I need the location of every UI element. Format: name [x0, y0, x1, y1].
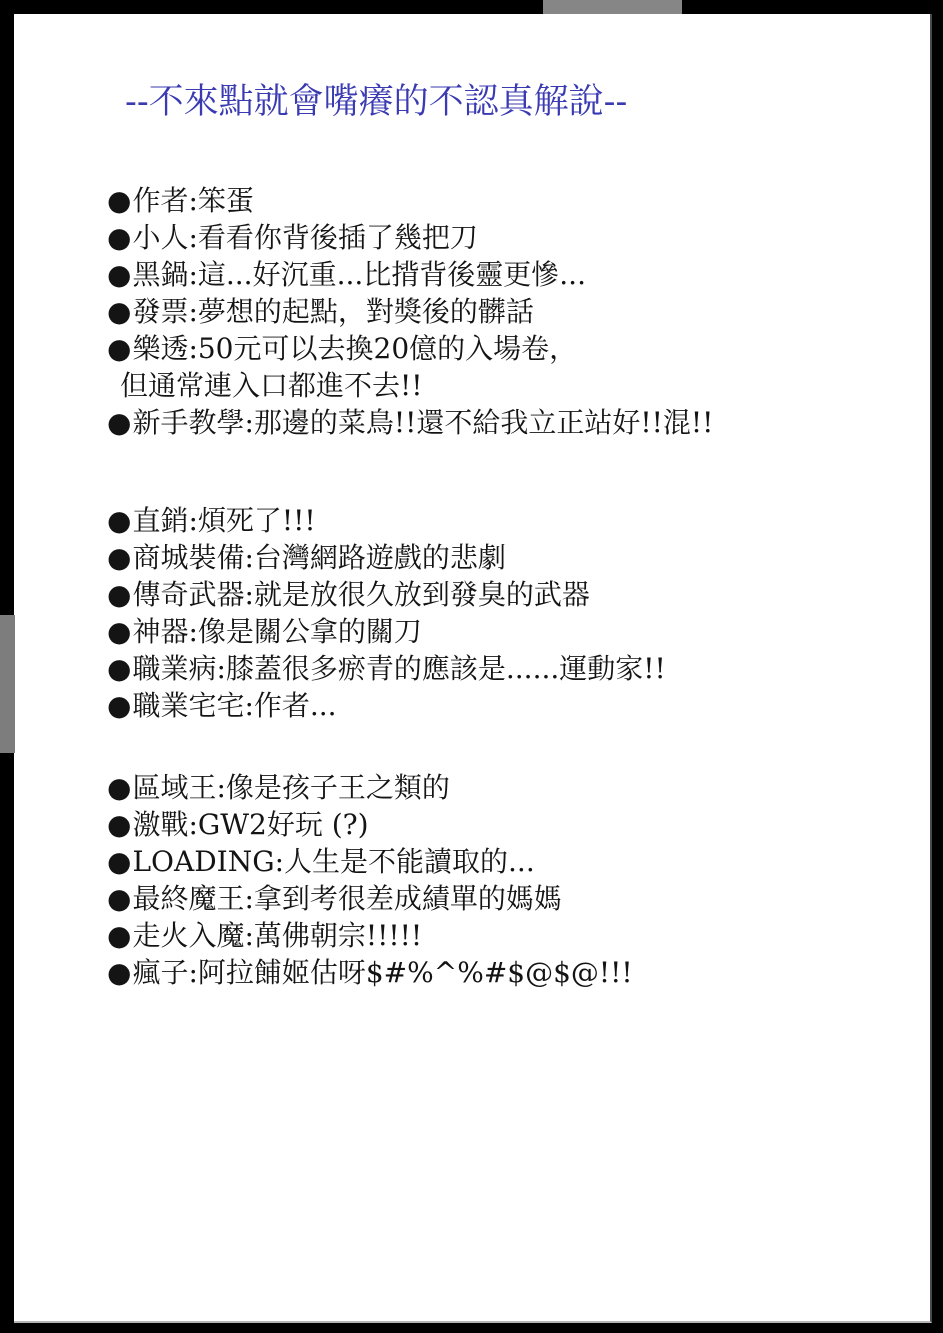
list-item-text: 傳奇武器:就是放很久放到發臭的武器	[132, 578, 589, 611]
text-block-2: ●直銷:煩死了!!! ●商城裝備:台灣網路遊戲的悲劇 ●傳奇武器:就是放很久放到…	[107, 502, 713, 724]
bullet-icon: ●	[107, 184, 131, 217]
text-block-1: ●作者:笨蛋 ●小人:看看你背後插了幾把刀 ●黑鍋:這...好沉重...比揹背後…	[107, 182, 713, 441]
list-item: ●新手教學:那邊的菜鳥!!還不給我立正站好!!混!!	[107, 404, 713, 441]
bullet-icon: ●	[107, 956, 131, 989]
text-block-3: ●區域王:像是孩子王之類的 ●激戰:GW2好玩 (?) ●LOADING:人生是…	[107, 769, 713, 991]
bullet-icon: ●	[107, 808, 131, 841]
list-item: ●瘋子:阿拉餔姬估呀$#%^%#$@$@!!!	[107, 954, 713, 991]
bullet-icon: ●	[107, 221, 131, 254]
bullet-icon: ●	[107, 689, 131, 722]
bullet-icon: ●	[107, 578, 131, 611]
list-item-text: 發票:夢想的起點，對獎後的髒話	[132, 295, 533, 328]
list-item: ●直銷:煩死了!!!	[107, 502, 713, 539]
list-item: ●職業宅宅:作者...	[107, 687, 713, 724]
bullet-icon: ●	[107, 845, 131, 878]
bullet-icon: ●	[107, 615, 131, 648]
list-item-text: 激戰:GW2好玩 (?)	[132, 808, 368, 841]
bullet-icon: ●	[107, 258, 131, 291]
list-item: ●LOADING:人生是不能讀取的...	[107, 843, 713, 880]
list-item: ●黑鍋:這...好沉重...比揹背後靈更慘...	[107, 256, 713, 293]
bullet-icon: ●	[107, 882, 131, 915]
list-item-text: 小人:看看你背後插了幾把刀	[132, 221, 477, 254]
list-item-text: 但通常連入口都進不去!!	[120, 369, 423, 402]
list-item: ●作者:笨蛋	[107, 182, 713, 219]
list-item-text: 商城裝備:台灣網路遊戲的悲劇	[132, 541, 505, 574]
list-item: ●傳奇武器:就是放很久放到發臭的武器	[107, 576, 713, 613]
page-content: ●作者:笨蛋 ●小人:看看你背後插了幾把刀 ●黑鍋:這...好沉重...比揹背後…	[107, 182, 713, 991]
list-item: ●激戰:GW2好玩 (?)	[107, 806, 713, 843]
list-item-text: 黑鍋:這...好沉重...比揹背後靈更慘...	[132, 258, 586, 291]
list-item-continuation: 但通常連入口都進不去!!	[107, 367, 713, 404]
list-item-text: LOADING:人生是不能讀取的...	[132, 845, 534, 878]
scanner-artifact-top	[543, 0, 682, 14]
scanner-artifact-left	[0, 615, 15, 753]
list-item-text: 職業病:膝蓋很多瘀青的應該是......運動家!!	[132, 652, 665, 685]
list-item-text: 職業宅宅:作者...	[132, 689, 336, 722]
list-item: ●最終魔王:拿到考很差成績單的媽媽	[107, 880, 713, 917]
bullet-icon: ●	[107, 295, 131, 328]
list-item: ●區域王:像是孩子王之類的	[107, 769, 713, 806]
list-item-text: 神器:像是關公拿的關刀	[132, 615, 421, 648]
bullet-icon: ●	[107, 406, 131, 439]
bullet-icon: ●	[107, 652, 131, 685]
page-title: --不來點就會嘴癢的不認真解說--	[125, 82, 627, 122]
list-item: ●走火入魔:萬佛朝宗!!!!!	[107, 917, 713, 954]
bullet-icon: ●	[107, 919, 131, 952]
bullet-icon: ●	[107, 332, 131, 365]
list-item-text: 瘋子:阿拉餔姬估呀$#%^%#$@$@!!!	[132, 956, 632, 989]
bullet-icon: ●	[107, 541, 131, 574]
list-item-text: 最終魔王:拿到考很差成績單的媽媽	[132, 882, 561, 915]
bullet-icon: ●	[107, 504, 131, 537]
list-item: ●職業病:膝蓋很多瘀青的應該是......運動家!!	[107, 650, 713, 687]
list-item: ●樂透:50元可以去換20億的入場卷，	[107, 330, 713, 367]
list-item: ●發票:夢想的起點，對獎後的髒話	[107, 293, 713, 330]
bullet-icon: ●	[107, 771, 131, 804]
list-item: ●小人:看看你背後插了幾把刀	[107, 219, 713, 256]
scanned-page: --不來點就會嘴癢的不認真解說-- ●作者:笨蛋 ●小人:看看你背後插了幾把刀 …	[14, 14, 932, 1323]
list-item-text: 區域王:像是孩子王之類的	[132, 771, 449, 804]
list-item: ●神器:像是關公拿的關刀	[107, 613, 713, 650]
list-item-text: 新手教學:那邊的菜鳥!!還不給我立正站好!!混!!	[132, 406, 713, 439]
list-item-text: 直銷:煩死了!!!	[132, 504, 315, 537]
list-item-text: 作者:笨蛋	[132, 184, 253, 217]
list-item-text: 走火入魔:萬佛朝宗!!!!!	[132, 919, 422, 952]
list-item-text: 樂透:50元可以去換20億的入場卷，	[132, 332, 577, 365]
list-item: ●商城裝備:台灣網路遊戲的悲劇	[107, 539, 713, 576]
